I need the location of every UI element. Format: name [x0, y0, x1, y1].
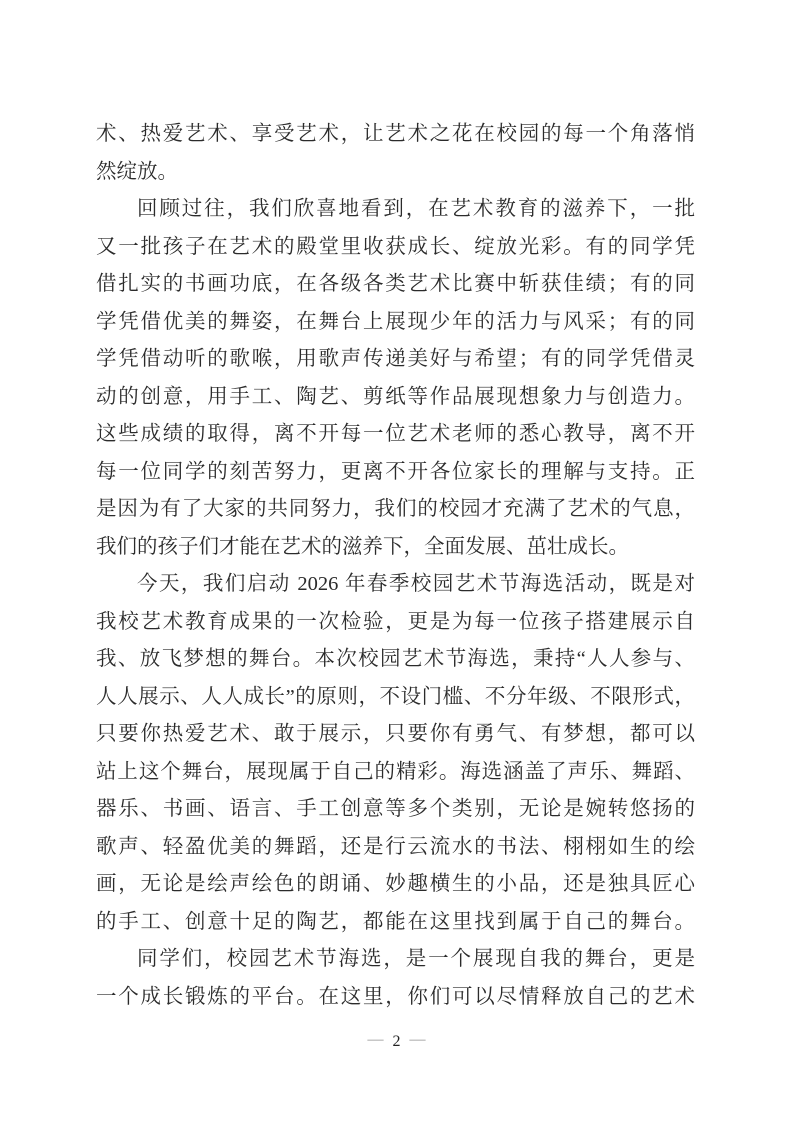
text-line: 这些成绩的取得，离不开每一位艺术老师的悉心教导，离不开	[96, 416, 695, 454]
text-line: 回顾过往，我们欣喜地看到，在艺术教育的滋养下，一批	[96, 191, 695, 229]
page-number-value: 2	[393, 1033, 401, 1050]
text-line: 今天，我们启动 2026 年春季校园艺术节海选活动，既是对	[96, 566, 695, 604]
text-line: 又一批孩子在艺术的殿堂里收获成长、绽放光彩。有的同学凭	[96, 229, 695, 267]
text-line: 术、热爱艺术、享受艺术，让艺术之花在校园的每一个角落悄	[96, 116, 695, 154]
text-line: 然绽放。	[96, 154, 695, 192]
text-line: 站上这个舞台，展现属于自己的精彩。海选涵盖了声乐、舞蹈、	[96, 754, 695, 792]
text-line: 是因为有了大家的共同努力，我们的校园才充满了艺术的气息，	[96, 491, 695, 529]
text-line: 学凭借优美的舞姿，在舞台上展现少年的活力与风采；有的同	[96, 304, 695, 342]
text-line: 一个成长锻炼的平台。在这里，你们可以尽情释放自己的艺术	[96, 979, 695, 1017]
text-line: 歌声、轻盈优美的舞蹈，还是行云流水的书法、栩栩如生的绘	[96, 829, 695, 867]
text-line: 同学们，校园艺术节海选，是一个展现自我的舞台，更是	[96, 941, 695, 979]
document-page: 术、热爱艺术、享受艺术，让艺术之花在校园的每一个角落悄然绽放。回顾过往，我们欣喜…	[0, 0, 793, 1122]
text-line: 的手工、创意十足的陶艺，都能在这里找到属于自己的舞台。	[96, 904, 695, 942]
text-line: 我们的孩子们才能在艺术的滋养下，全面发展、茁壮成长。	[96, 529, 695, 567]
text-line: 人人展示、人人成长”的原则，不设门槛、不分年级、不限形式，	[96, 679, 695, 717]
text-line: 动的创意，用手工、陶艺、剪纸等作品展现想象力与创造力。	[96, 379, 695, 417]
text-line: 我校艺术教育成果的一次检验，更是为每一位孩子搭建展示自	[96, 604, 695, 642]
page-footer: —2—	[0, 1030, 793, 1054]
document-body: 术、热爱艺术、享受艺术，让艺术之花在校园的每一个角落悄然绽放。回顾过往，我们欣喜…	[96, 116, 695, 1016]
text-line: 每一位同学的刻苦努力，更离不开各位家长的理解与支持。正	[96, 454, 695, 492]
text-line: 借扎实的书画功底，在各级各类艺术比赛中斩获佳绩；有的同	[96, 266, 695, 304]
page-number-dash-right: —	[410, 1031, 426, 1048]
text-line: 我、放飞梦想的舞台。本次校园艺术节海选，秉持“人人参与、	[96, 641, 695, 679]
text-line: 器乐、书画、语言、手工创意等多个类别，无论是婉转悠扬的	[96, 791, 695, 829]
text-line: 画，无论是绘声绘色的朗诵、妙趣横生的小品，还是独具匠心	[96, 866, 695, 904]
text-line: 只要你热爱艺术、敢于展示，只要你有勇气、有梦想，都可以	[96, 716, 695, 754]
text-line: 学凭借动听的歌喉，用歌声传递美好与希望；有的同学凭借灵	[96, 341, 695, 379]
page-number-dash-left: —	[368, 1031, 384, 1048]
